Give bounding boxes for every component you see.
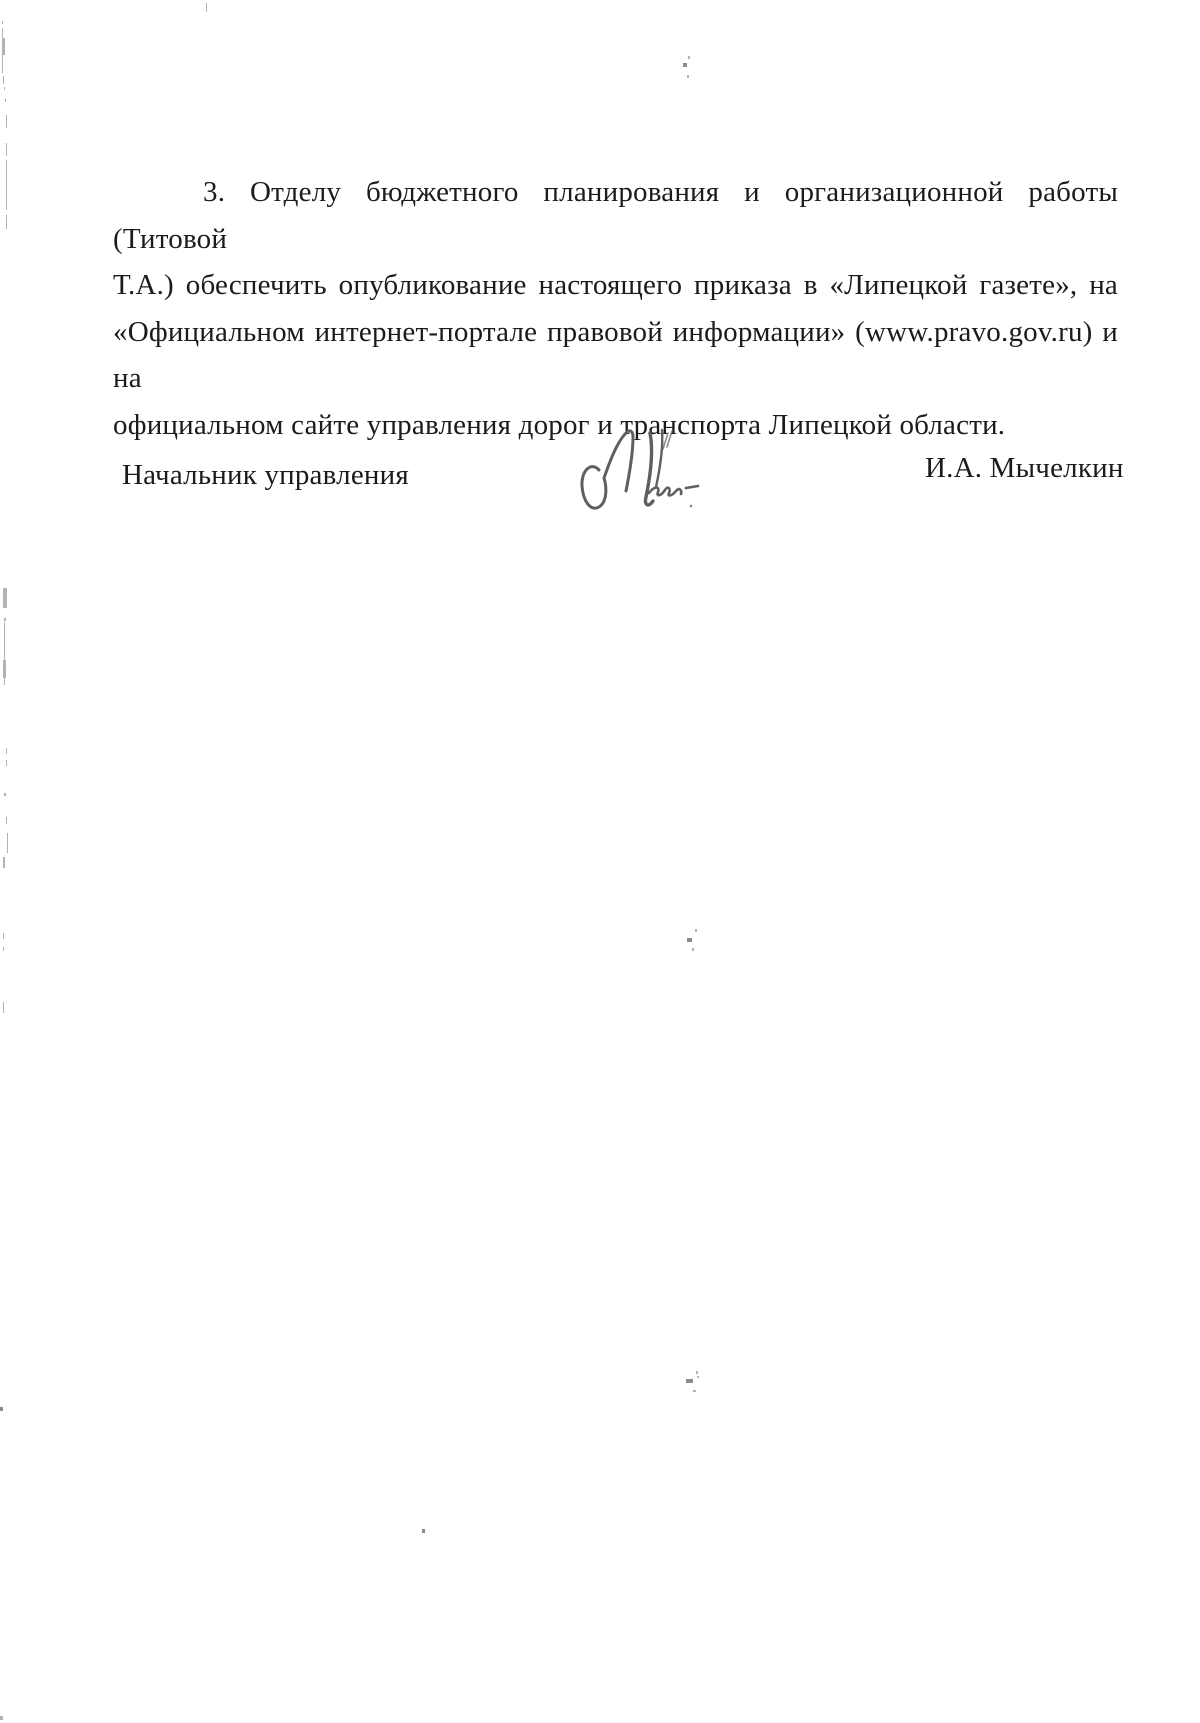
scan-artifact — [3, 933, 4, 939]
scan-artifact — [2, 28, 3, 73]
scan-speck — [0, 1716, 3, 1720]
scan-speck — [697, 1376, 699, 1378]
scan-artifact — [3, 660, 6, 678]
scan-speck — [687, 938, 692, 942]
scan-artifact — [6, 115, 7, 128]
scan-artifact — [3, 947, 4, 951]
scan-speck — [687, 75, 689, 78]
scan-artifact — [4, 87, 5, 90]
signature-dot — [690, 505, 692, 507]
paragraph-line: «Официальном интернет-портале правовой и… — [113, 309, 1118, 402]
scan-speck — [696, 1371, 698, 1374]
scan-speck — [686, 1379, 693, 1383]
scan-speck — [683, 63, 687, 67]
scan-artifact — [3, 588, 7, 608]
scan-speck — [693, 1390, 696, 1392]
scan-artifact — [7, 833, 8, 853]
scan-artifact — [3, 857, 5, 868]
scan-speck — [0, 1407, 3, 1411]
scan-artifact — [4, 618, 6, 621]
scan-artifact — [206, 3, 207, 12]
signoff-person-name: И.А. Мычелкин — [925, 452, 1124, 485]
scan-artifact — [6, 215, 7, 229]
scan-artifact — [6, 817, 7, 824]
scan-artifact — [4, 793, 6, 796]
scan-speck — [695, 929, 697, 932]
scan-speck — [688, 56, 690, 59]
scan-artifact — [5, 99, 6, 102]
scan-artifact — [6, 160, 7, 210]
scanned-document-page: 3. Отделу бюджетного планирования и орга… — [0, 0, 1200, 1723]
scan-speck — [692, 948, 694, 951]
handwritten-signature — [570, 418, 710, 518]
signature-dash — [686, 486, 698, 488]
paragraph-line: Т.А.) обеспечить опубликование настоящег… — [113, 262, 1118, 309]
scan-artifact — [3, 1002, 4, 1013]
scan-artifact — [6, 748, 7, 754]
scan-artifact — [2, 38, 5, 55]
scan-artifact — [6, 143, 7, 156]
paragraph-line: 3. Отделу бюджетного планирования и орга… — [113, 169, 1118, 262]
scan-artifact — [4, 622, 5, 685]
scan-artifact — [6, 760, 7, 766]
order-paragraph-3: 3. Отделу бюджетного планирования и орга… — [113, 169, 1118, 448]
scan-artifact — [3, 76, 4, 84]
scan-artifact — [2, 21, 3, 24]
scan-speck — [422, 1529, 425, 1533]
signoff-job-title: Начальник управления — [122, 459, 409, 492]
